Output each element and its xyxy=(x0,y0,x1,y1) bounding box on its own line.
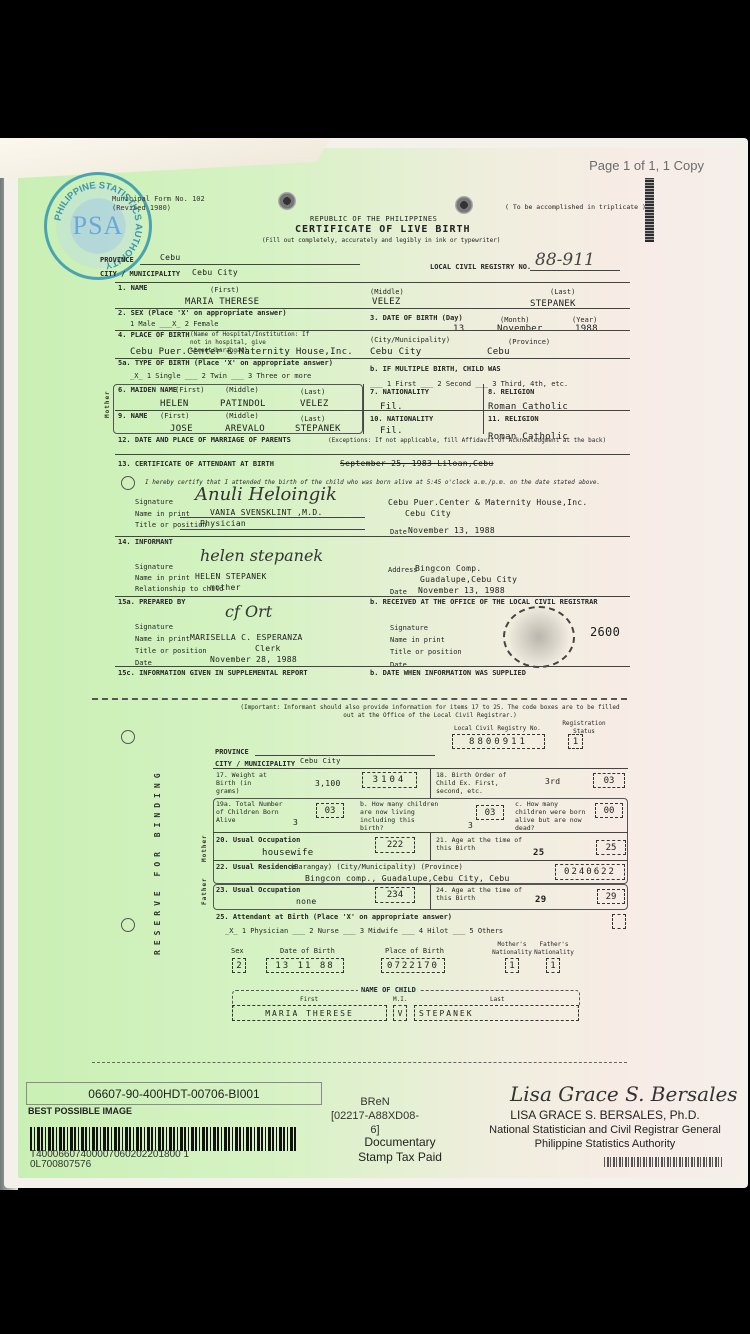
form-revised-text: (Revised 1980) xyxy=(112,204,205,213)
weight-code-box: 3104 xyxy=(362,772,417,788)
informant-date-label: Date xyxy=(390,588,407,596)
registrar-received-stamp xyxy=(503,606,575,668)
attendant-name: VANIA SVENSKLINT ,M.D. xyxy=(210,508,323,517)
triplicate-note: ( To be accomplished in triplicate ) xyxy=(505,203,646,211)
mother-middle-name: PATINDOL xyxy=(220,399,266,409)
father-name-label: 9. NAME xyxy=(118,412,148,420)
form-no-text: Municipal Form No. 102 xyxy=(112,195,205,204)
informant-name: HELEN STEPANEK xyxy=(195,572,267,581)
birth-type-label: 5a. TYPE OF BIRTH (Place 'X' on appropri… xyxy=(118,359,333,367)
last-name-code-box: STEPANEK xyxy=(414,1005,579,1021)
last-col-label: (Last) xyxy=(550,288,575,296)
name-of-child-label: NAME OF CHILD xyxy=(358,986,419,994)
birth-order-code-box: 03 xyxy=(593,773,625,788)
doc-stamp-line-1: Documentary xyxy=(330,1135,470,1150)
binding-hole-icon xyxy=(121,730,135,744)
pob-province: Cebu xyxy=(487,347,510,357)
father-nat-col-label: Father's Nationality xyxy=(532,941,576,957)
father-nationality: Fil. xyxy=(380,426,403,436)
children-living-value: 3 xyxy=(468,821,473,830)
city-label: CITY / MUNICIPALITY xyxy=(100,270,180,278)
first-name-col-label: First xyxy=(300,996,318,1004)
informant-address-1: Bingcon Comp. xyxy=(415,564,482,573)
divider xyxy=(115,666,630,667)
received-signature-label: Signature xyxy=(390,624,428,632)
children-living-label: b. How many children are now living incl… xyxy=(360,800,440,832)
father-middle-label: (Middle) xyxy=(225,412,259,420)
sex-label: 2. SEX (Place 'X' on appropriate answer) xyxy=(118,309,287,317)
divider xyxy=(255,755,435,756)
barcode-line-2: 0L700807576 xyxy=(30,1160,189,1170)
official-block: LISA GRACE S. BERSALES, Ph.D. National S… xyxy=(485,1108,725,1151)
attendant-type-label: 25. Attendant at Birth (Place 'X' on app… xyxy=(216,913,452,921)
page-count: Page 1 of 1, 1 Copy xyxy=(589,158,704,173)
children-alive-code-box: 03 xyxy=(316,803,344,818)
informant-signature-label: Signature xyxy=(135,563,173,571)
barcode-icon xyxy=(30,1127,298,1151)
province-label: PROVINCE xyxy=(100,256,134,264)
pob-col-label: Place of Birth xyxy=(385,947,444,955)
divider xyxy=(115,410,630,411)
binding-hole-icon xyxy=(121,476,135,490)
registrar-signature: Lisa Grace S. Bersales xyxy=(510,1082,738,1106)
birth-order-value: 3rd xyxy=(545,777,560,786)
informant-date: November 13, 1988 xyxy=(418,586,505,595)
pob-label: 4. PLACE OF BIRTH xyxy=(118,331,190,339)
mother-nationality-label: 7. NATIONALITY xyxy=(370,388,429,396)
multiple-birth-label: b. IF MULTIPLE BIRTH, CHILD WAS xyxy=(370,365,501,373)
father-religion-label: 11. RELIGION xyxy=(488,415,539,423)
mother-occupation: housewife xyxy=(262,848,313,858)
attendant-date: November 13, 1988 xyxy=(408,526,495,535)
dob-col-label: Date of Birth xyxy=(280,947,335,955)
psa-seal-icon: PHILIPPINE STATISTICS AUTHORITY PSA xyxy=(44,172,152,280)
bren-label: BReN xyxy=(330,1095,420,1109)
binding-hole-icon xyxy=(121,918,135,932)
birth-order-label: 18. Birth Order of Child Ex. First, seco… xyxy=(436,771,526,795)
official-org: Philippine Statistics Authority xyxy=(485,1137,725,1151)
mother-age-code-box: 25 xyxy=(596,840,626,855)
best-image-note: BEST POSSIBLE IMAGE xyxy=(28,1106,132,1116)
divider xyxy=(180,517,365,518)
father-age-code-box: 29 xyxy=(597,889,625,904)
name-label: 1. NAME xyxy=(118,284,148,292)
divider xyxy=(140,264,360,265)
child-first-name: MARIA THERESE xyxy=(185,297,259,307)
children-dead-label: c. How many children were born alive but… xyxy=(515,800,590,832)
attendant-label: 13. CERTIFICATE OF ATTENDANT AT BIRTH xyxy=(118,460,274,468)
security-code-strip xyxy=(645,178,654,242)
attendant-signature: Anuli Heloingik xyxy=(195,484,337,505)
dob-label: 3. DATE OF BIRTH (Day) xyxy=(370,314,463,322)
bren-block: BReN [02217-A88XD08-6] xyxy=(330,1095,420,1137)
attendant-address-2: Cebu City xyxy=(405,509,451,518)
sex-code-box: 2 xyxy=(232,958,246,973)
informant-address-2: Guadalupe,Cebu City xyxy=(420,575,517,584)
philippine-seal-icon xyxy=(455,196,473,214)
received-name-label: Name in print xyxy=(390,636,445,644)
certificate-subtitle: (Fill out completely, accurately and leg… xyxy=(262,237,500,244)
mother-last-label: (Last) xyxy=(300,388,325,396)
pob-city-label: (City/Municipality) xyxy=(370,336,450,344)
prepared-signature-label: Signature xyxy=(135,623,173,631)
divider xyxy=(483,384,484,434)
official-title: National Statistician and Civil Registra… xyxy=(485,1123,725,1137)
mother-middle-label: (Middle) xyxy=(225,386,259,394)
attendant-type-options: _X_ 1 Physician ___ 2 Nurse ___ 3 Midwif… xyxy=(225,927,503,935)
received-date-label: Date xyxy=(390,661,407,669)
mini-barcode-icon xyxy=(604,1157,722,1167)
stat-city-label: CITY / MUNICIPALITY xyxy=(215,760,295,768)
doc-stamp-line-2: Stamp Tax Paid xyxy=(330,1150,470,1165)
barcode-text: T40006607400007060202201800 1 0L70080757… xyxy=(30,1150,189,1170)
birth-type-options: _X_ 1 Single ___ 2 Twin ___ 3 Three or m… xyxy=(130,372,311,380)
mother-age: 25 xyxy=(533,848,544,858)
marriage-value: September 25, 1983 Liloan,Cebu xyxy=(340,459,494,468)
stamp-number: 2600 xyxy=(590,625,620,639)
attendant-title: Physician xyxy=(200,519,246,528)
pob-code-box: 0722170 xyxy=(381,958,445,973)
father-occupation: none xyxy=(296,897,316,906)
father-first-label: (First) xyxy=(160,412,190,420)
informant-name-label: Name in print xyxy=(135,574,190,582)
province-value: Cebu xyxy=(160,253,180,262)
divider xyxy=(430,832,431,860)
first-col-label: (First) xyxy=(210,286,240,294)
divider xyxy=(363,384,364,434)
divider xyxy=(115,536,630,537)
father-middle-name: AREVALO xyxy=(225,424,265,434)
divider xyxy=(115,596,630,597)
residence-code-box: 0240622 xyxy=(555,864,625,880)
residence-label: 22. Usual Residence xyxy=(216,863,296,871)
preparer-signature: cf Ort xyxy=(225,602,272,621)
city-value: Cebu City xyxy=(192,268,238,277)
middle-col-label: (Middle) xyxy=(370,288,404,296)
divider xyxy=(115,282,630,283)
father-last-label: (Last) xyxy=(300,415,325,423)
weight-label: 17. Weight at Birth (in grams) xyxy=(216,771,276,795)
dob-year: 1988 xyxy=(575,324,598,334)
dashed-separator xyxy=(92,698,627,700)
stat-city-value: Cebu City xyxy=(300,757,341,765)
dob-day: 13 xyxy=(453,324,464,334)
received-title-label: Title or position xyxy=(390,648,462,656)
pob-city: Cebu City xyxy=(370,347,421,357)
mother-stats-side-label: Mother xyxy=(201,834,208,862)
mother-age-label: 21. Age at the time of this Birth xyxy=(436,836,526,852)
informant-address-label: Address xyxy=(388,566,418,574)
marriage-label: 12. DATE AND PLACE OF MARRIAGE OF PARENT… xyxy=(118,436,291,444)
father-age: 29 xyxy=(535,895,546,905)
mother-occupation-code-box: 222 xyxy=(375,837,415,853)
received-label: b. RECEIVED AT THE OFFICE OF THE LOCAL C… xyxy=(370,598,598,606)
informant-signature: helen stepanek xyxy=(200,546,323,565)
father-first-name: JOSE xyxy=(170,424,193,434)
lcr-no-label: Local Civil Registry No. xyxy=(454,725,541,733)
important-note: (Important: Informant should also provid… xyxy=(240,704,620,720)
prepared-title: Clerk xyxy=(255,644,281,653)
father-occupation-label: 23. Usual Occupation xyxy=(216,886,300,894)
father-stats-side-label: Father xyxy=(201,877,208,905)
divider xyxy=(115,454,630,455)
sex-col-label: Sex xyxy=(231,947,244,955)
month-label: (Month) xyxy=(500,316,530,324)
form-number: Municipal Form No. 102 (Revised 1980) xyxy=(112,195,205,213)
binding-reserve-label: RESERVE FOR BINDING xyxy=(153,768,162,955)
mother-nat-code-box: 1 xyxy=(505,958,519,973)
prepared-date: November 28, 1988 xyxy=(210,655,297,664)
sex-options: 1 Male ___X_ 2 Female xyxy=(130,320,219,328)
bren-value: [02217-A88XD08-6] xyxy=(330,1109,420,1137)
pob-place: Cebu Puer.Center & Maternity House,Inc. xyxy=(130,347,353,357)
weight-value: 3,100 xyxy=(315,779,341,788)
supplemental-date-label: b. DATE WHEN INFORMATION WAS SUPPLIED xyxy=(370,669,526,677)
father-nationality-label: 10. NATIONALITY xyxy=(370,415,433,423)
bottom-separator xyxy=(92,1062,627,1063)
mi-code-box: V xyxy=(393,1005,407,1021)
mother-religion-label: 8. RELIGION xyxy=(488,388,534,396)
first-name-code-box: MARIA THERESE xyxy=(232,1005,387,1021)
father-last-name: STEPANEK xyxy=(295,424,341,434)
supplemental-label: 15c. INFORMATION GIVEN IN SUPPLEMENTAL R… xyxy=(118,669,308,677)
document-code-box: 06607-90-400HDT-00706-BI001 xyxy=(26,1082,322,1105)
multiple-birth-options: ___ 1 First ___ 2 Second ___ 3 Third, 4t… xyxy=(370,380,568,388)
children-living-code-box: 03 xyxy=(476,805,504,820)
informant-relationship: mother xyxy=(210,583,241,592)
official-name: LISA GRACE S. BERSALES, Ph.D. xyxy=(485,1108,725,1123)
residence-value: Bingcon comp., Guadalupe,Cebu City, Cebu xyxy=(305,874,510,883)
mother-first-name: HELEN xyxy=(160,399,189,409)
lcr-code-box: 8800911 xyxy=(452,734,545,749)
prepared-name-label: Name in print xyxy=(135,635,190,643)
registration-status-box: 1 xyxy=(568,734,583,749)
dob-month: November xyxy=(497,324,543,334)
divider xyxy=(530,270,620,271)
father-occupation-code-box: 234 xyxy=(375,887,415,903)
divider xyxy=(213,860,628,861)
children-alive-value: 3 xyxy=(293,818,298,827)
registry-label: LOCAL CIVIL REGISTRY NO. xyxy=(430,263,531,271)
attendant-title-label: Title or position xyxy=(135,521,207,529)
attendant-date-label: Date xyxy=(390,528,407,536)
last-name-col-label: Last xyxy=(490,996,504,1004)
child-middle-name: VELEZ xyxy=(372,297,401,307)
divider xyxy=(213,832,628,833)
father-nat-code-box: 1 xyxy=(546,958,560,973)
divider xyxy=(430,884,431,910)
divider xyxy=(213,768,628,769)
mother-nat-col-label: Mother's Nationality xyxy=(490,941,534,957)
prepared-label: 15a. PREPARED BY xyxy=(118,598,185,606)
year-label: (Year) xyxy=(572,316,597,324)
divider xyxy=(180,529,365,530)
maiden-name-label: 6. MAIDEN NAME xyxy=(118,386,177,394)
mother-occupation-label: 20. Usual Occupation xyxy=(216,836,300,844)
registry-number: 88-911 xyxy=(535,250,595,270)
attendant-type-code-box xyxy=(612,914,626,929)
attendant-signature-label: Signature xyxy=(135,498,173,506)
father-age-label: 24. Age at the time of this Birth xyxy=(436,886,526,902)
children-dead-code-box: 00 xyxy=(595,803,623,818)
pob-province-label: (Province) xyxy=(508,338,550,346)
philippine-emblem-icon xyxy=(278,192,296,210)
prepared-name: MARISELLA C. ESPERANZA xyxy=(190,633,303,642)
informant-label: 14. INFORMANT xyxy=(118,538,173,546)
attendant-address-1: Cebu Puer.Center & Maternity House,Inc. xyxy=(388,498,588,507)
mother-side-label: Mother xyxy=(104,390,111,418)
children-alive-label: 19a. Total Number of Children Born Alive xyxy=(216,800,286,824)
republic-heading: REPUBLIC OF THE PHILIPPINES xyxy=(310,215,437,223)
mi-col-label: M.I. xyxy=(393,996,407,1004)
divider xyxy=(430,768,431,798)
mother-first-label: (First) xyxy=(175,386,205,394)
residence-sub-label: (Barangay) (City/Municipality) (Province… xyxy=(290,863,463,871)
prepared-title-label: Title or position xyxy=(135,647,207,655)
dob-code-box: 13 11 88 xyxy=(266,958,344,973)
mother-last-name: VELEZ xyxy=(300,399,329,409)
stat-province-label: PROVINCE xyxy=(215,748,249,756)
marriage-hint: (Exceptions: If not applicable, fill Aff… xyxy=(328,437,606,445)
certificate-title: CERTIFICATE OF LIVE BIRTH xyxy=(295,224,471,235)
doc-stamp-block: Documentary Stamp Tax Paid xyxy=(330,1135,470,1165)
